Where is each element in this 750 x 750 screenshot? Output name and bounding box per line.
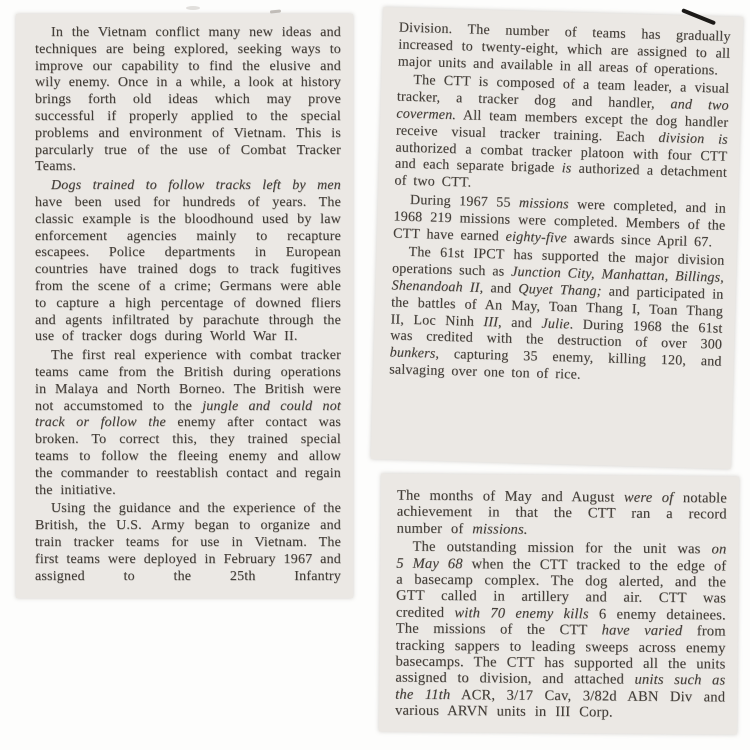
text-segment: Division. The number of teams has gradua…: [398, 21, 731, 79]
paragraph: The months of May and August were of not…: [397, 488, 727, 540]
italic-text-segment: division is: [658, 131, 728, 148]
italic-text-segment: missions.: [472, 521, 528, 537]
text-segment: , capturing 35 enemy, killing 120, and s…: [389, 347, 722, 383]
paragraph: During 1967 55 missions were completed, …: [393, 192, 726, 252]
paragraph: In the Vietnam conflict many new ideas a…: [35, 25, 341, 176]
text-segment: , and: [498, 315, 542, 331]
bottom-right-text-block: The months of May and August were of not…: [379, 473, 739, 734]
small-smudge-mark: [270, 9, 281, 13]
paragraph: Division. The number of teams has gradua…: [398, 21, 731, 81]
italic-text-segment: were of: [624, 490, 674, 506]
italic-text-segment: is: [561, 161, 571, 176]
text-segment: Using the guidance and the experience of…: [35, 501, 341, 583]
paragraph: The outstanding mission for the unit was…: [395, 539, 727, 722]
paragraph: Using the guidance and the experience of…: [35, 501, 341, 585]
text-segment: In the Vietnam conflict many new ideas a…: [35, 25, 341, 174]
italic-text-segment: missions: [519, 196, 569, 212]
text-segment: and: [483, 281, 518, 297]
text-segment: awards since April 67.: [567, 231, 713, 250]
italic-text-segment: Julie: [541, 316, 570, 332]
paragraph: The first real experience with combat tr…: [35, 348, 341, 499]
italic-text-segment: eighty-five: [505, 229, 567, 246]
smudge-mark: [186, 6, 200, 10]
text-segment: have been used for hundreds of years. Th…: [35, 195, 341, 344]
italic-text-segment: Dogs trained to follow tracks left by me…: [51, 178, 341, 193]
italic-text-segment: with 70 enemy kills: [454, 605, 588, 622]
left-text-column: In the Vietnam conflict many new ideas a…: [16, 14, 353, 598]
paragraph: Dogs trained to follow tracks left by me…: [35, 178, 341, 346]
italic-text-segment: have varied: [602, 623, 683, 640]
text-segment: The months of May and August: [397, 488, 624, 506]
paragraph: The CTT is composed of a team leader, a …: [394, 73, 729, 200]
italic-text-segment: bunkers: [390, 346, 436, 362]
italic-text-segment: Quyet Thang;: [518, 282, 602, 299]
text-segment: During 1967 55: [410, 193, 519, 211]
italic-text-segment: III: [483, 315, 498, 330]
top-right-text-block: Division. The number of teams has gradua…: [371, 7, 743, 469]
scanned-document-page: In the Vietnam conflict many new ideas a…: [0, 0, 750, 750]
paragraph: The 61st IPCT has supported the major di…: [389, 245, 725, 389]
